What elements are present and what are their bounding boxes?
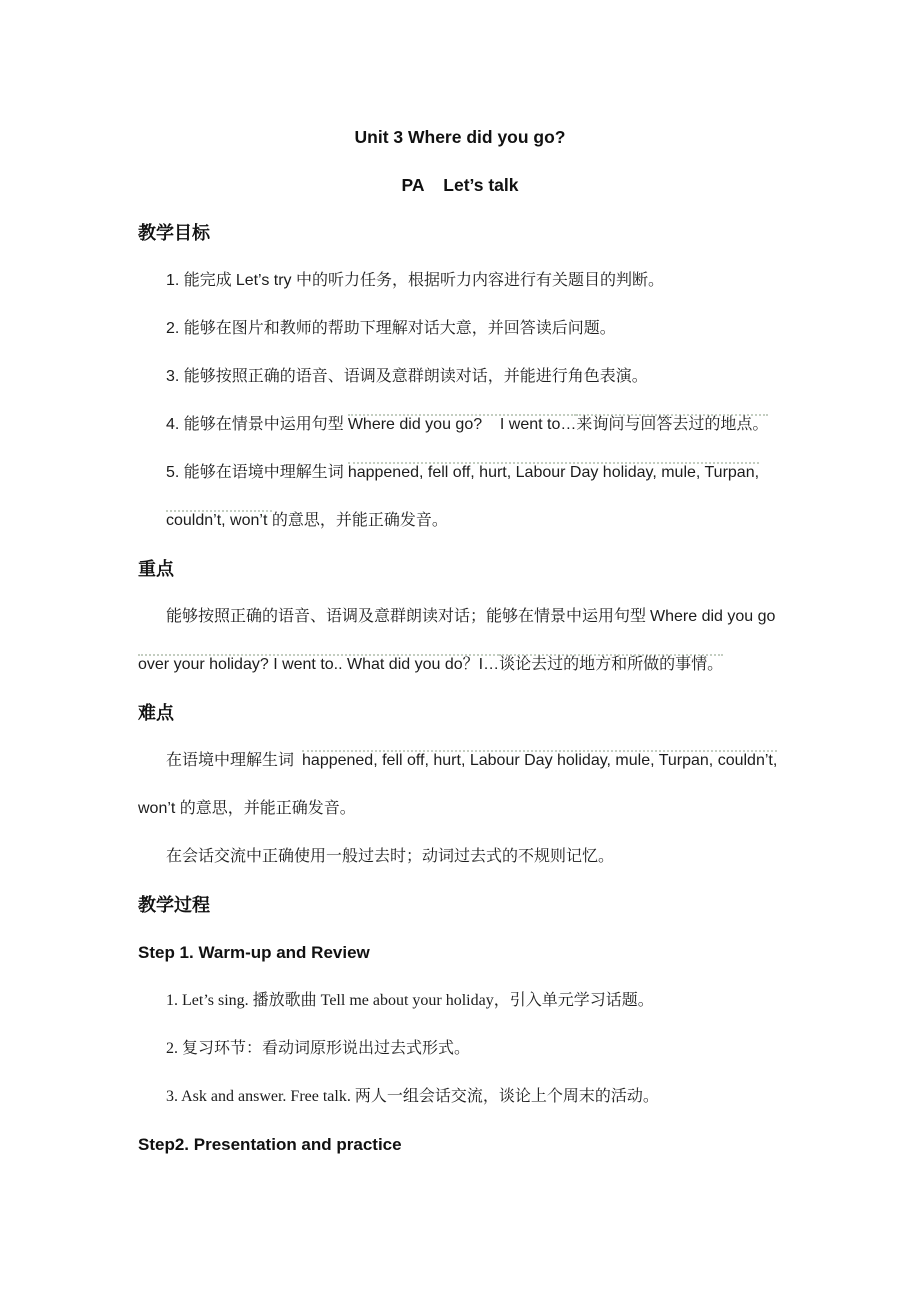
objective-item-1-seg-1: 1. — [166, 272, 184, 289]
difficulties-line-2: won’t 的意思，并能正确发音。 — [0, 785, 920, 833]
objective-item-5-seg-3: happened, fell off, hurt, Labour Day hol… — [348, 462, 759, 481]
heading-teaching-process: 教学过程 — [0, 881, 920, 929]
objective-item-1: 1. 能完成 Let’s try 中的听力任务，根据听力内容进行有关题目的判断。 — [0, 257, 920, 305]
objective-item-3-seg-2: 能够按照正确的语音、语调及意群朗读对话，并能进行角色表演。 — [184, 368, 648, 385]
objective-item-4-seg-4: 来询问与回答去过的地点。 — [576, 414, 768, 433]
objective-item-1-seg-4: 中的听力任务，根据听力内容进行有关题目的判断。 — [296, 272, 664, 289]
difficulties-line-1-seg-1: 在语境中理解生词 — [166, 752, 302, 769]
difficulties-line-2-seg-1: won’t — [138, 800, 180, 817]
key-points-line-1-seg-1: 能够按照正确的语音、语调及意群朗读对话；能够在情景中运用句型 — [166, 608, 650, 625]
difficulties-line-3-seg-1: 在会话交流中正确使用一般过去时；动词过去式的不规则记忆。 — [166, 848, 614, 865]
heading-difficulties-seg-1: 难点 — [138, 703, 174, 723]
key-points-line-1-seg-2: Where did you go — [650, 608, 775, 625]
objective-item-5-continued-seg-1: couldn’t, won’t — [166, 510, 272, 529]
doc-title: Unit 3 Where did you go? — [0, 113, 920, 161]
objective-item-5-continued: couldn’t, won’t 的意思，并能正确发音。 — [0, 497, 920, 545]
heading-teaching-process-seg-1: 教学过程 — [138, 895, 210, 915]
key-points-line-2-seg-1: over your holiday? I went to.. What did … — [138, 654, 499, 673]
difficulties-line-1: 在语境中理解生词 happened, fell off, hurt, Labou… — [0, 737, 920, 785]
objective-item-4-seg-2: 能够在情景中运用句型 — [184, 416, 348, 433]
warmup-item-1-seg-1: 1. Let’s sing. 播放歌曲 Tell me about your h… — [166, 992, 654, 1009]
objective-item-2-seg-2: 能够在图片和教师的帮助下理解对话大意，并回答读后问题。 — [184, 320, 616, 337]
heading-difficulties: 难点 — [0, 689, 920, 737]
key-points-line-2-seg-2: 谈论去过的地方和所做的事情。 — [499, 654, 723, 673]
heading-teaching-objectives-seg-1: 教学目标 — [138, 223, 210, 243]
objective-item-2: 2. 能够在图片和教师的帮助下理解对话大意，并回答读后问题。 — [0, 305, 920, 353]
warmup-item-2: 2. 复习环节：看动词原形说出过去式形式。 — [0, 1025, 920, 1073]
objective-item-1-seg-2: 能完成 — [184, 272, 236, 289]
difficulties-line-1-seg-2: happened, fell off, hurt, Labour Day hol… — [302, 750, 777, 769]
document-content: Unit 3 Where did you go?PA Let’s talk教学目… — [0, 113, 920, 1169]
warmup-item-3: 3. Ask and answer. Free talk. 两人一组会话交流，谈… — [0, 1073, 920, 1121]
warmup-item-3-seg-1: 3. Ask and answer. Free talk. 两人一组会话交流，谈… — [166, 1088, 659, 1105]
objective-item-5-continued-seg-2: 的意思，并能正确发音。 — [272, 512, 448, 529]
step-2-heading-seg-1: Step2. Presentation and practice — [138, 1135, 402, 1154]
objective-item-3: 3. 能够按照正确的语音、语调及意群朗读对话，并能进行角色表演。 — [0, 353, 920, 401]
objective-item-5-seg-2: 能够在语境中理解生词 — [184, 464, 348, 481]
objective-item-1-seg-3: Let’s try — [236, 272, 296, 289]
doc-title-seg-1: Unit 3 Where did you go? — [355, 127, 566, 147]
heading-teaching-objectives: 教学目标 — [0, 209, 920, 257]
objective-item-3-seg-1: 3. — [166, 368, 184, 385]
key-points-line-2: over your holiday? I went to.. What did … — [0, 641, 920, 689]
warmup-item-2-seg-1: 2. 复习环节：看动词原形说出过去式形式。 — [166, 1040, 470, 1057]
objective-item-4-seg-3: Where did you go? I went to… — [348, 414, 577, 433]
heading-key-points-seg-1: 重点 — [138, 559, 174, 579]
objective-item-2-seg-1: 2. — [166, 320, 184, 337]
doc-subtitle-seg-1: PA Let’s talk — [401, 175, 518, 195]
warmup-item-1: 1. Let’s sing. 播放歌曲 Tell me about your h… — [0, 977, 920, 1025]
step-2-heading: Step2. Presentation and practice — [0, 1121, 920, 1169]
heading-key-points: 重点 — [0, 545, 920, 593]
step-1-heading: Step 1. Warm-up and Review — [0, 929, 920, 977]
objective-item-5: 5. 能够在语境中理解生词 happened, fell off, hurt, … — [0, 449, 920, 497]
doc-subtitle: PA Let’s talk — [0, 161, 920, 209]
objective-item-5-seg-1: 5. — [166, 464, 184, 481]
document-page: Unit 3 Where did you go?PA Let’s talk教学目… — [0, 0, 920, 1302]
step-1-heading-seg-1: Step 1. Warm-up and Review — [138, 943, 370, 962]
objective-item-4: 4. 能够在情景中运用句型 Where did you go? I went t… — [0, 401, 920, 449]
difficulties-line-2-seg-2: 的意思，并能正确发音。 — [180, 800, 356, 817]
objective-item-4-seg-1: 4. — [166, 416, 184, 433]
key-points-line-1: 能够按照正确的语音、语调及意群朗读对话；能够在情景中运用句型 Where did… — [0, 593, 920, 641]
difficulties-line-3: 在会话交流中正确使用一般过去时；动词过去式的不规则记忆。 — [0, 833, 920, 881]
